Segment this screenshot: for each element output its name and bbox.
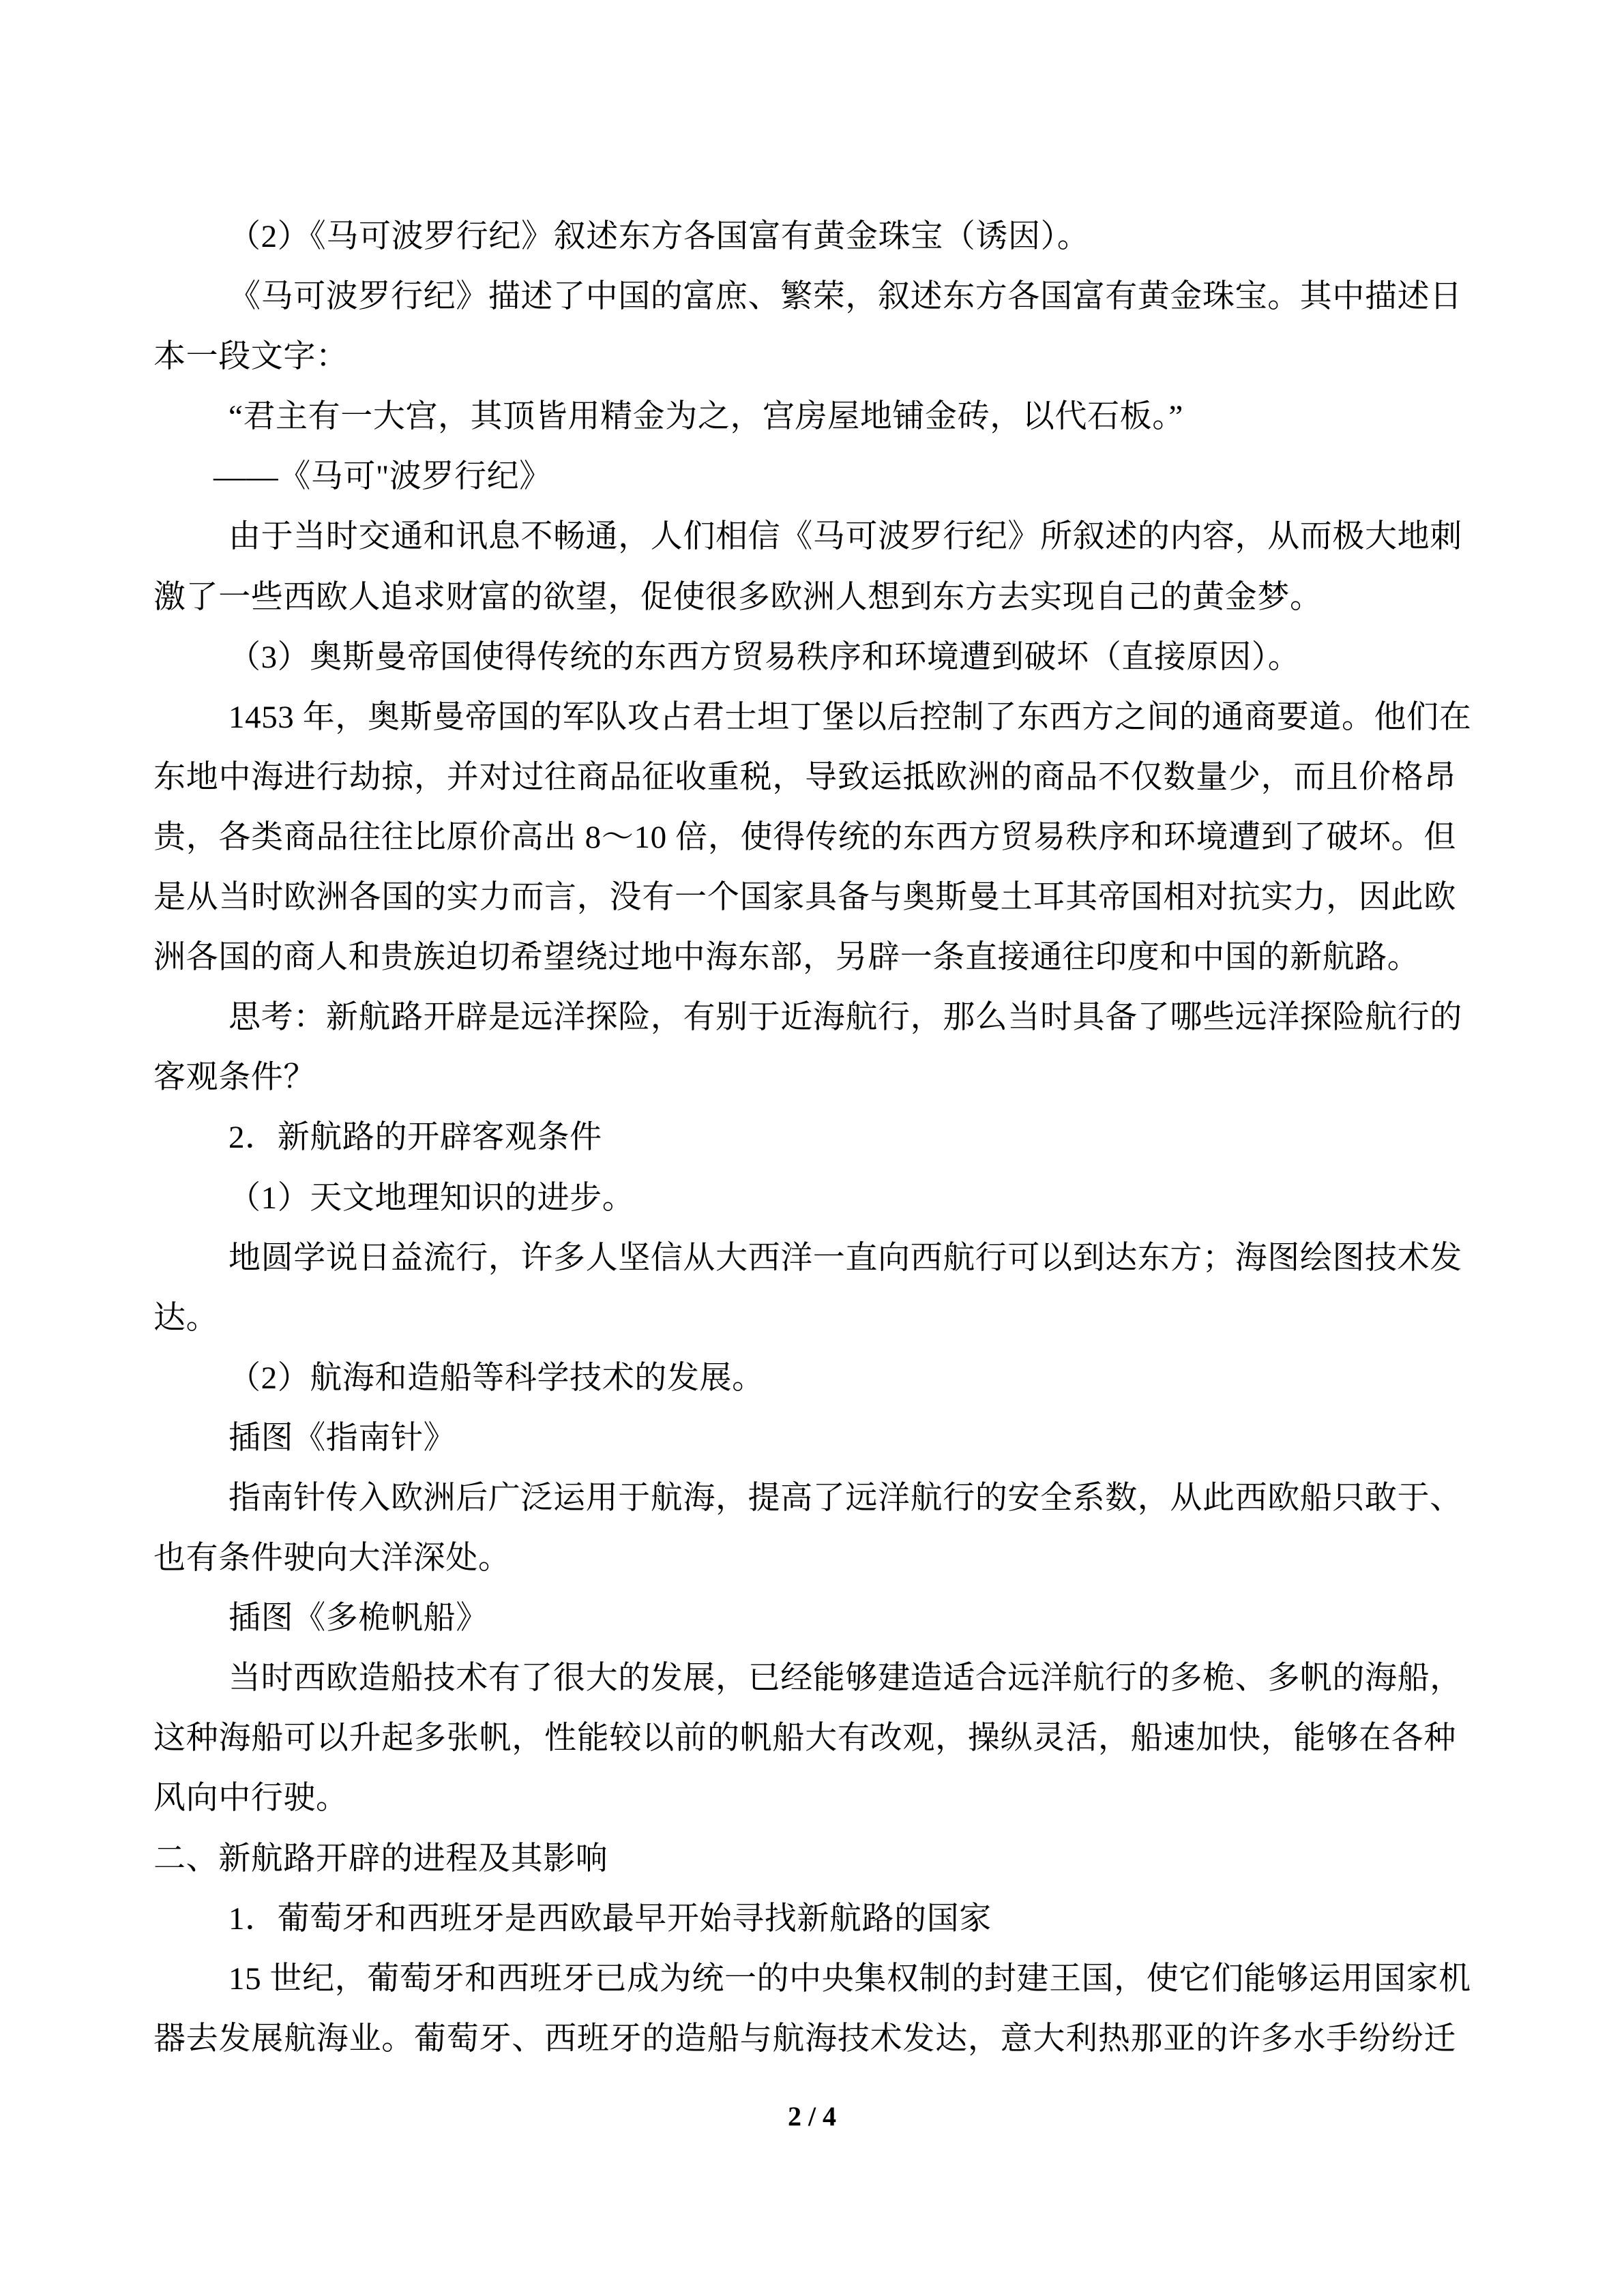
question-line: 客观条件？ (153, 1047, 1456, 1107)
paragraph-line: 由于当时交通和讯息不畅通，人们相信《马可波罗行纪》所叙述的内容，从而极大地刺 (153, 507, 1456, 567)
paragraph-line: 洲各国的商人和贵族迫切希望绕过地中海东部，另辟一条直接通往印度和中国的新航路。 (153, 927, 1456, 987)
paragraph-line: 器去发展航海业。葡萄牙、西班牙的造船与航海技术发达，意大利热那亚的许多水手纷纷迁 (153, 2009, 1456, 2069)
paragraph-line: 也有条件驶向大洋深处。 (153, 1528, 1456, 1588)
document-page: （2）《马可波罗行纪》叙述东方各国富有黄金珠宝（诱因）。 《马可波罗行纪》描述了… (0, 0, 1624, 2296)
heading-portugal-spain: 1．葡萄牙和西班牙是西欧最早开始寻找新航路的国家 (153, 1889, 1456, 1949)
paragraph-line: 《马可波罗行纪》描述了中国的富庶、繁荣，叙述东方各国富有黄金珠宝。其中描述日 (153, 267, 1456, 327)
paragraph-line: 这种海船可以升起多张帆，性能较以前的帆船大有改观，操纵灵活，船速加快，能够在各种 (153, 1708, 1456, 1768)
paragraph-line: 贵，各类商品往往比原价高出 8～10 倍，使得传统的东西方贸易秩序和环境遭到了破… (153, 807, 1456, 867)
paragraph-line: 东地中海进行劫掠，并对过往商品征收重税，导致运抵欧洲的商品不仅数量少，而且价格昂 (153, 747, 1456, 807)
paragraph-line: 地圆学说日益流行，许多人坚信从大西洋一直向西航行可以到达东方；海图绘图技术发 (153, 1228, 1456, 1288)
paragraph-line: 1453 年，奥斯曼帝国的军队攻占君士坦丁堡以后控制了东西方之间的通商要道。他们… (153, 687, 1456, 747)
document-body: （2）《马可波罗行纪》叙述东方各国富有黄金珠宝（诱因）。 《马可波罗行纪》描述了… (153, 207, 1456, 2069)
figure-ref-multi-mast-ship: 插图《多桅帆船》 (153, 1588, 1456, 1648)
paragraph-line: 15 世纪，葡萄牙和西班牙已成为统一的中央集权制的封建王国，使它们能够运用国家机 (153, 1949, 1456, 2009)
subheading-ottoman: （3）奥斯曼帝国使得传统的东西方贸易秩序和环境遭到破坏（直接原因）。 (153, 627, 1456, 687)
page-number: 2 / 4 (0, 2100, 1624, 2132)
paragraph-line: 本一段文字： (153, 327, 1456, 387)
subheading-astronomy-geography: （1）天文地理知识的进步。 (153, 1168, 1456, 1228)
paragraph-line: 当时西欧造船技术有了很大的发展，已经能够建造适合远洋航行的多桅、多帆的海船， (153, 1648, 1456, 1708)
quote-line: “君主有一大宫，其顶皆用精金为之，宫房屋地铺金砖，以代石板。” (153, 387, 1456, 447)
figure-ref-compass: 插图《指南针》 (153, 1408, 1456, 1468)
paragraph-line: 是从当时欧洲各国的实力而言，没有一个国家具备与奥斯曼土耳其帝国相对抗实力，因此欧 (153, 867, 1456, 927)
paragraph-line: 风向中行驶。 (153, 1768, 1456, 1828)
paragraph-line: 激了一些西欧人追求财富的欲望，促使很多欧洲人想到东方去实现自己的黄金梦。 (153, 567, 1456, 627)
paragraph-line: 达。 (153, 1288, 1456, 1348)
heading-objective-conditions: 2．新航路的开辟客观条件 (153, 1107, 1456, 1167)
subheading-marco-polo: （2）《马可波罗行纪》叙述东方各国富有黄金珠宝（诱因）。 (153, 207, 1456, 267)
section-heading-process-impact: 二、新航路开辟的进程及其影响 (153, 1829, 1456, 1889)
subheading-navigation-shipbuilding: （2）航海和造船等科学技术的发展。 (153, 1348, 1456, 1408)
quote-citation: ——《马可"波罗行纪》 (153, 447, 1456, 507)
question-line: 思考：新航路开辟是远洋探险，有别于近海航行，那么当时具备了哪些远洋探险航行的 (153, 987, 1456, 1047)
paragraph-line: 指南针传入欧洲后广泛运用于航海，提高了远洋航行的安全系数，从此西欧船只敢于、 (153, 1468, 1456, 1528)
